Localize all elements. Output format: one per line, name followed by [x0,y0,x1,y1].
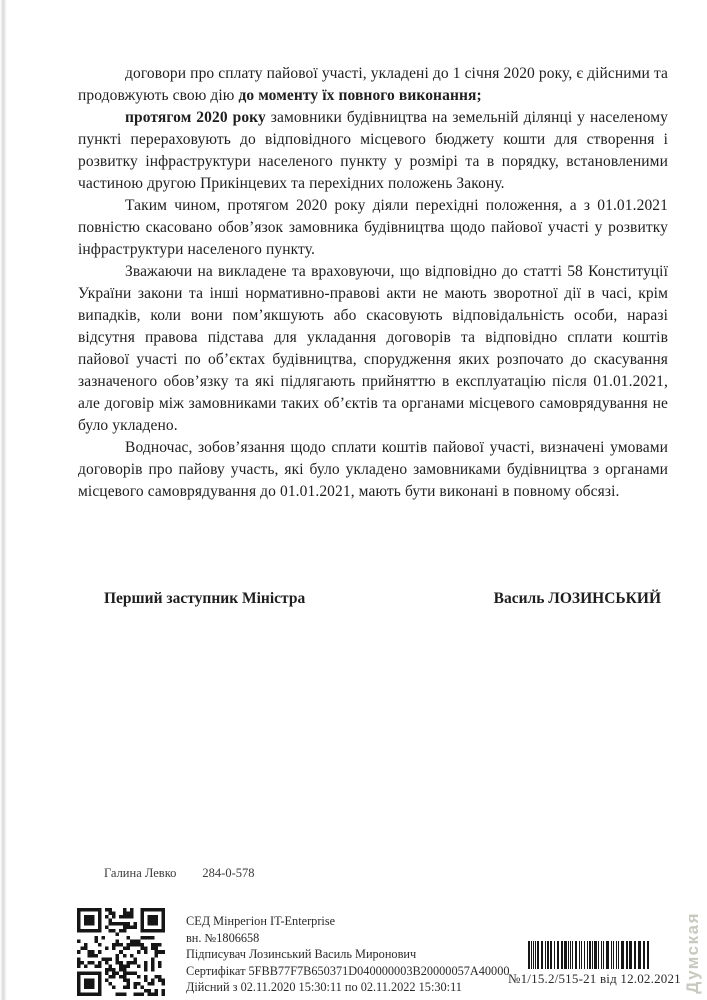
executor-phone: 284-0-578 [202,866,254,880]
signature-block: Перший заступник Міністра Василь ЛОЗИНСЬ… [104,590,661,608]
barcode-icon [528,941,650,969]
page-left-edge [0,0,7,1000]
watermark: Думская [683,912,703,994]
paragraph: Водночас, зобов’язання щодо сплати кошті… [78,437,668,503]
stamp-line: Підписувач Лозинський Василь Миронович [186,946,510,963]
paragraph: протягом 2020 року замовники будівництва… [78,107,668,195]
stamp-line: вн. №1806658 [186,930,510,947]
signer-name: Василь ЛОЗИНСЬКИЙ [494,590,661,608]
document-body: договори про сплату пайової участі, укла… [78,63,668,503]
stamp-line: Дійсний з 02.11.2020 15:30:11 по 02.11.2… [186,979,510,996]
stamp-line: Сертифікат 5FBB77F7B650371D040000003B200… [186,963,510,980]
paragraph: Таким чином, протягом 2020 року діяли пе… [78,195,668,261]
signer-title: Перший заступник Міністра [104,590,305,608]
registration-block: №1/15.2/515-21 від 12.02.2021 [508,941,670,987]
paragraph: договори про сплату пайової участі, укла… [78,63,668,107]
executor-name: Галина Левко [104,866,176,880]
registration-number: №1/15.2/515-21 від 12.02.2021 [508,971,670,987]
executor-contact: Галина Левко284-0-578 [104,866,254,881]
digital-signature-details: СЕД Мінрегіон IT-Enterpriseвн. №1806658П… [186,908,510,996]
digital-signature-stamp: СЕД Мінрегіон IT-Enterpriseвн. №1806658П… [77,908,510,996]
stamp-line: СЕД Мінрегіон IT-Enterprise [186,913,510,930]
paragraph: Зважаючи на викладене та враховуючи, що … [78,261,668,437]
document-page: договори про сплату пайової участі, укла… [0,0,707,1000]
qr-code-icon [77,908,165,996]
